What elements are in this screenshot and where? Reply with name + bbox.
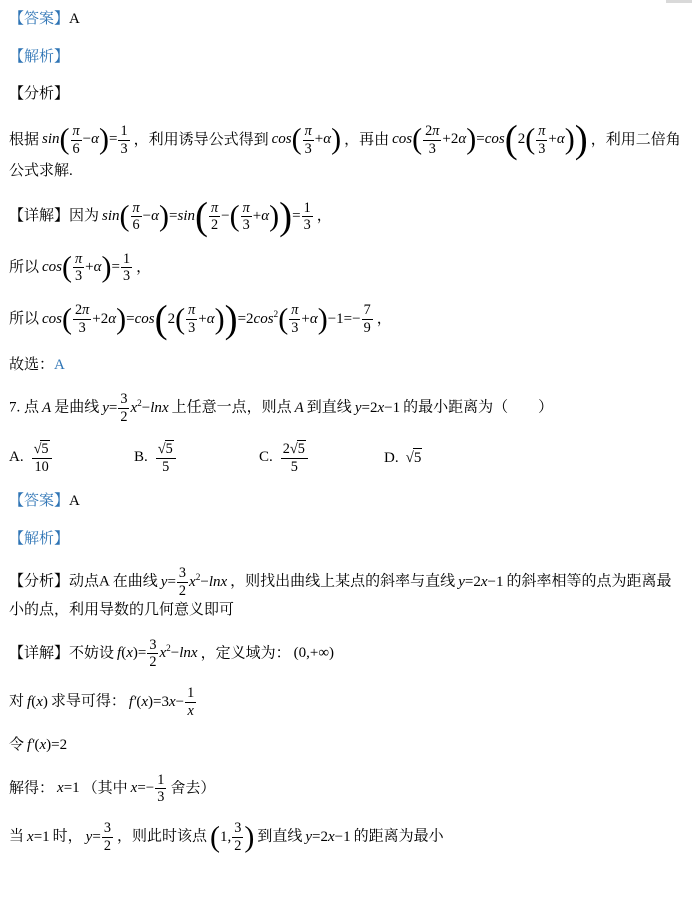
math-variable: cos (392, 131, 412, 147)
math-token: =1 (34, 829, 50, 845)
math-variable: A (42, 400, 51, 416)
fraction-numerator: π (186, 302, 197, 319)
math-variable: y (102, 400, 109, 416)
math-function: cos (135, 311, 155, 327)
fraction: π2 (208, 200, 221, 234)
math-expression: (1,32) (210, 829, 254, 845)
text-run: 是曲线 (54, 400, 99, 416)
square-root: √5 (34, 441, 50, 457)
math-token: +2 (442, 131, 458, 147)
stretched-paren: ( (210, 820, 220, 853)
math-token: −1=− (328, 311, 361, 327)
math-variable: A (295, 400, 304, 416)
fraction-numerator: 1 (155, 772, 166, 789)
stretched-paren: ( (230, 200, 240, 233)
radicand: 5 (165, 440, 174, 458)
math-token: )=3 (148, 694, 169, 710)
math-token: =1 (64, 780, 80, 796)
fraction: 13 (154, 772, 167, 806)
math-token: 5 (298, 441, 305, 457)
math-token: = (167, 574, 175, 590)
option-B[interactable]: B.√55 (134, 440, 259, 475)
math-token: 2 (283, 441, 290, 457)
math-token: 2 (179, 583, 186, 599)
fraction-denominator: 6 (71, 141, 82, 157)
math-function: cos (42, 259, 62, 275)
math-variable: α (261, 208, 269, 224)
text-run: 到直线 (307, 400, 352, 416)
text-run: ， (377, 311, 392, 327)
math-token: + (85, 259, 93, 275)
math-variable: α (151, 208, 159, 224)
option-label: A. (9, 449, 24, 465)
radicand: 5 (40, 440, 49, 458)
fraction: 1x (184, 685, 197, 719)
fraction-numerator: 1 (118, 123, 129, 140)
math-token: + (198, 311, 206, 327)
math-variable: α (108, 311, 116, 327)
math-token: =2 (238, 311, 254, 327)
math-token: 3 (538, 141, 545, 157)
math-variable: π (188, 302, 195, 318)
math-variable: α (557, 131, 565, 147)
math-variable: x (328, 829, 335, 845)
stretched-paren: ) (102, 251, 112, 284)
fraction: 13 (120, 251, 133, 285)
fraction-denominator: 10 (32, 459, 52, 475)
math-variable: α (310, 311, 318, 327)
label-blue: 【解析】 (9, 531, 69, 547)
fraction-numerator: 1 (302, 200, 313, 217)
document-body: 【答案】A【解析】【分析】根据sin(π6−α)=13，利用诱导公式得到cos(… (0, 0, 692, 873)
fraction: 2π3 (72, 302, 92, 336)
math-token: ) (43, 694, 48, 710)
text-run: 【详解】因为 (9, 208, 99, 224)
math-expression: x=1 (27, 829, 50, 845)
stretched-paren: ) (159, 200, 169, 233)
math-variable: cos (485, 131, 505, 147)
fraction-denominator: 3 (73, 268, 84, 284)
fraction-denominator: 9 (362, 320, 373, 336)
radicand: 5 (297, 440, 306, 458)
math-token: 3 (79, 320, 86, 336)
text-run: 所以 (9, 259, 39, 275)
math-token: 5 (41, 441, 48, 457)
math-variable: x (36, 694, 43, 710)
math-function: cos (42, 311, 62, 327)
math-token: 2 (211, 217, 218, 233)
math-variable: α (94, 259, 102, 275)
math-variable: x (188, 703, 194, 719)
stretched-paren: ( (412, 123, 422, 156)
math-variable: cos (254, 311, 274, 327)
math-expression: sin(π6−α)=13 (42, 131, 131, 147)
math-token: 1, (220, 829, 231, 845)
fraction: 32 (146, 637, 159, 671)
option-label: B. (134, 449, 148, 465)
math-variable: cos (42, 259, 62, 275)
fraction: 13 (301, 200, 314, 234)
text-run: （其中 (83, 780, 128, 796)
math-expression: f(x) (27, 694, 48, 710)
math-variable: x (141, 694, 148, 710)
fraction: π3 (535, 123, 548, 157)
analysis-paragraph-q7: 【分析】动点A 在曲线y=32x2−lnx，则找出曲线上某点的斜率与直线y=2x… (9, 565, 684, 621)
math-token: 3 (305, 141, 312, 157)
math-variable: cos (272, 131, 292, 147)
text-run: 当 (9, 829, 24, 845)
math-variable: ln (209, 574, 221, 590)
math-token: −1 (488, 574, 504, 590)
options-q7: A.√510B.√55C.2√55D.√5 (9, 440, 684, 475)
fraction-denominator: 2 (102, 838, 113, 854)
math-variable: y (458, 574, 465, 590)
math-token: =2 (361, 400, 377, 416)
label-blue: 【答案】 (9, 493, 69, 509)
math-token: − (171, 645, 179, 661)
fraction: π3 (72, 251, 85, 285)
fraction-denominator: 2 (209, 217, 220, 233)
math-variable: π (243, 200, 250, 216)
text-run: 令 (9, 737, 24, 753)
math-token: = (109, 400, 117, 416)
stretched-paren: ) (279, 195, 292, 238)
math-expression: x=1 (57, 780, 80, 796)
fraction-numerator: π (209, 200, 220, 217)
fraction-denominator: 2 (118, 409, 129, 425)
fraction: π3 (288, 302, 301, 336)
fraction-denominator: 5 (156, 459, 176, 475)
stretched-paren: ( (292, 123, 302, 156)
fraction-denominator: x (185, 703, 196, 719)
math-token: = (292, 208, 300, 224)
math-variable: x (162, 400, 169, 416)
stretched-paren: ) (116, 302, 126, 335)
math-function: cos (392, 131, 412, 147)
fraction-numerator: 1 (185, 685, 196, 702)
math-expression: A (42, 400, 51, 416)
stretched-paren: ( (62, 251, 72, 284)
fraction-numerator: 2π (423, 123, 441, 140)
math-token: 3 (149, 637, 156, 653)
fraction-denominator: 6 (131, 217, 142, 233)
math-variable: π (291, 302, 298, 318)
fraction-numerator: π (536, 123, 547, 140)
math-variable: π (82, 302, 89, 318)
answer-line-q7: 【答案】A (9, 490, 684, 513)
math-expression: √55 (155, 449, 177, 465)
math-token: 3 (104, 820, 111, 836)
fraction: π3 (185, 302, 198, 336)
math-expression: y=2x−1 (305, 829, 350, 845)
text-run: 到直线 (257, 829, 302, 845)
text-run: 的距离为最小 (354, 829, 444, 845)
math-token: − (221, 208, 229, 224)
math-variable: x (481, 574, 488, 590)
math-token: + (315, 131, 323, 147)
stretched-paren: ) (466, 123, 476, 156)
fraction: π6 (70, 123, 83, 157)
math-token: 2 (234, 838, 241, 854)
fraction: 32 (101, 820, 114, 854)
text-run: 故选： (9, 357, 54, 373)
math-token: 5 (166, 441, 173, 457)
stretched-paren: ) (331, 123, 341, 156)
radicand: 5 (413, 448, 423, 467)
math-function: sin (177, 208, 195, 224)
math-token: 2 (104, 838, 111, 854)
detail-step1-q6: 【详解】因为sin(π6−α)=sin(π2−(π3+α))=13， (9, 197, 684, 236)
math-token: 10 (34, 459, 48, 475)
math-variable: π (305, 123, 312, 139)
fraction-denominator: 3 (155, 789, 166, 805)
text-run: 所以 (9, 311, 39, 327)
math-token: 7 (364, 302, 371, 318)
math-expression: √5 (406, 450, 423, 466)
fraction-numerator: 3 (232, 820, 243, 837)
question-7: 7. 点A是曲线y=32x2−lnx上任意一点，则点A到直线y=2x−1的最小距… (9, 391, 684, 425)
stretched-paren: ) (225, 298, 238, 341)
fraction-numerator: 2√5 (281, 440, 308, 459)
math-variable: x (27, 829, 34, 845)
fraction-numerator: 3 (118, 391, 129, 408)
fraction-denominator: 3 (423, 141, 441, 157)
math-token: +2 (92, 311, 108, 327)
math-token: 3 (304, 217, 311, 233)
text-run: ，则找出曲线上某点的斜率与直线 (230, 574, 455, 590)
fraction-numerator: √5 (32, 440, 52, 459)
stretched-paren: ) (318, 302, 328, 335)
fraction-numerator: π (289, 302, 300, 319)
math-token: 3 (429, 141, 436, 157)
math-token: 3 (243, 217, 250, 233)
math-token: 9 (364, 320, 371, 336)
math-variable: x (169, 694, 176, 710)
stretched-paren: ) (215, 302, 225, 335)
math-token: = (476, 131, 484, 147)
fraction-denominator: 3 (73, 320, 91, 336)
text-run: ，定义域为： (201, 645, 291, 661)
math-expression: cos(π3+α)=13 (42, 259, 133, 275)
math-token: =− (137, 780, 154, 796)
square-root: √5 (158, 441, 174, 457)
math-variable: x (126, 645, 133, 661)
text-run: 时， (53, 829, 83, 845)
math-token: 3 (123, 268, 130, 284)
math-token: =2 (312, 829, 328, 845)
math-token: 3 (157, 789, 164, 805)
option-label: D. (384, 450, 399, 466)
math-expression: y=32x2−lnx (102, 400, 168, 416)
math-token: )=2 (46, 737, 67, 753)
math-variable: π (538, 123, 545, 139)
math-variable: π (211, 200, 218, 216)
text-run: 【详解】不妨设 (9, 645, 114, 661)
fraction: π3 (302, 123, 315, 157)
stretched-paren: ( (120, 200, 130, 233)
math-token: 5 (291, 459, 298, 475)
math-expression: f′(x)=3x−1x (129, 694, 197, 710)
text-run: 上任意一点，则点 (172, 400, 292, 416)
math-variable: α (207, 311, 215, 327)
math-token: 5 (414, 450, 422, 466)
text-run: 对 (9, 694, 24, 710)
math-expression: y=32 (86, 829, 114, 845)
math-token: 1 (157, 772, 164, 788)
math-variable: x (191, 645, 198, 661)
text-run: 7. 点 (9, 400, 39, 416)
math-token: 3 (234, 820, 241, 836)
math-variable: ln (179, 645, 191, 661)
math-function: ln (179, 645, 191, 661)
math-token: 1 (120, 123, 127, 139)
stretched-paren: ) (565, 123, 575, 156)
stretched-paren: ( (155, 298, 168, 341)
option-label: C. (259, 449, 273, 465)
math-function: cos (485, 131, 505, 147)
math-variable: x (221, 574, 228, 590)
fraction-numerator: 7 (362, 302, 373, 319)
label-blue: 【解析】 (9, 49, 69, 65)
fraction-numerator: 3 (102, 820, 113, 837)
math-function: cos (254, 311, 274, 327)
option-A[interactable]: A.√510 (9, 440, 134, 475)
detail-step2-q6: 所以cos(π3+α)=13， (9, 251, 684, 285)
detail-step3-q7: 令f′(x)=2 (9, 734, 684, 757)
math-token: = (92, 829, 100, 845)
conclusion-q6: 故选：A (9, 354, 684, 377)
fraction: 32 (117, 391, 130, 425)
fraction-numerator: π (71, 123, 82, 140)
math-token: 3 (120, 141, 127, 157)
fraction-denominator: 3 (302, 217, 313, 233)
analysis-label-q7: 【解析】 (9, 528, 684, 551)
option-D[interactable]: D.√5 (384, 448, 425, 467)
fraction-denominator: 3 (303, 141, 314, 157)
detail-step2-q7: 对f(x)求导可得：f′(x)=3x−1x (9, 685, 684, 719)
fraction-numerator: π (131, 200, 142, 217)
text-run: 的最小距离为（ ） (403, 400, 553, 416)
math-token: (0,+∞) (294, 645, 334, 661)
math-function: sin (102, 208, 120, 224)
math-variable: α (91, 131, 99, 147)
fraction-numerator: √5 (156, 440, 176, 459)
fraction: 79 (361, 302, 374, 336)
math-expression: √510 (31, 449, 53, 465)
analysis-label-q6: 【解析】 (9, 46, 684, 69)
math-token: − (176, 694, 184, 710)
math-token: 2 (168, 311, 176, 327)
math-expression: y=32x2−lnx (161, 574, 227, 590)
text-run: ， (136, 259, 151, 275)
math-expression: cos(π3+α) (272, 131, 341, 147)
fraction-numerator: 3 (147, 637, 158, 654)
fraction: π6 (130, 200, 143, 234)
math-token: 5 (162, 459, 169, 475)
math-token: = (109, 131, 117, 147)
math-token: − (200, 574, 208, 590)
detail-step1-q7: 【详解】不妨设f(x)=32x2−lnx，定义域为：(0,+∞) (9, 637, 684, 671)
fraction-denominator: 2 (177, 583, 188, 599)
math-expression: cos(2π3+2α)=cos(2(π3+α))=2cos2(π3+α)−1=−… (42, 311, 374, 327)
fraction-numerator: π (241, 200, 252, 217)
stretched-paren: ) (575, 119, 588, 162)
fraction-numerator: 2π (73, 302, 91, 319)
math-variable: y (305, 829, 312, 845)
math-variable: ln (150, 400, 162, 416)
math-expression: y=2x−1 (355, 400, 400, 416)
math-token: 1 (304, 200, 311, 216)
math-token: − (143, 208, 151, 224)
math-variable: π (133, 200, 140, 216)
fraction-denominator: 3 (118, 141, 129, 157)
math-expression: f′(x)=2 (27, 737, 67, 753)
math-expression: (0,+∞) (294, 645, 334, 661)
detail-step4-q7: 解得：x=1（其中x=−13舍去） (9, 772, 684, 806)
math-expression: f(x)=32x2−lnx (117, 645, 198, 661)
fraction: 32 (231, 820, 244, 854)
math-token: −1 (335, 829, 351, 845)
stretched-paren: ( (505, 119, 518, 162)
math-function: sin (42, 131, 60, 147)
scrollbar-fragment[interactable] (666, 0, 692, 3)
square-root: √5 (406, 450, 423, 466)
math-expression: cos(2π3+2α)=cos(2(π3+α)) (392, 131, 588, 147)
math-token: − (83, 131, 91, 147)
stretched-paren: ( (278, 302, 288, 335)
label-blue: 【答案】 (9, 11, 69, 27)
math-token: 3 (179, 565, 186, 581)
math-token: 3 (75, 268, 82, 284)
math-expression: A (295, 400, 304, 416)
text-run: ，再由 (344, 131, 389, 147)
math-function: cos (272, 131, 292, 147)
text-run: ， (317, 208, 332, 224)
text-run: A (69, 493, 80, 509)
page-root: { "colors": { "accent": "#2E74B5", "scro… (0, 0, 692, 905)
math-variable: π (432, 123, 439, 139)
option-C[interactable]: C.2√55 (259, 440, 384, 475)
fraction-numerator: π (303, 123, 314, 140)
stretched-paren: ) (244, 820, 254, 853)
math-expression: 2√55 (280, 449, 309, 465)
fraction-denominator: 3 (536, 141, 547, 157)
math-variable: α (323, 131, 331, 147)
math-variable: sin (177, 208, 195, 224)
math-variable: π (75, 251, 82, 267)
stretched-paren: ) (99, 123, 109, 156)
math-variable: π (73, 123, 80, 139)
math-token: =2 (465, 574, 481, 590)
fraction: √510 (31, 440, 53, 475)
math-variable: x (189, 574, 196, 590)
fraction-numerator: π (73, 251, 84, 268)
text-run: A (69, 11, 80, 27)
math-token: 3 (188, 320, 195, 336)
square-root: √5 (290, 441, 306, 457)
math-token: 6 (73, 141, 80, 157)
math-variable: x (57, 780, 64, 796)
text-run: 求导可得： (51, 694, 126, 710)
fraction: 2π3 (422, 123, 442, 157)
fraction: √55 (155, 440, 177, 475)
text-run: 【分析】动点A 在曲线 (9, 574, 158, 590)
fraction: 13 (117, 123, 130, 157)
fraction-denominator: 3 (289, 320, 300, 336)
fraction: 2√55 (280, 440, 309, 475)
section-label-fenxi-q6: 【分析】 (9, 83, 684, 106)
detail-step3-q6: 所以cos(2π3+2α)=cos(2(π3+α))=2cos2(π3+α)−1… (9, 300, 684, 339)
